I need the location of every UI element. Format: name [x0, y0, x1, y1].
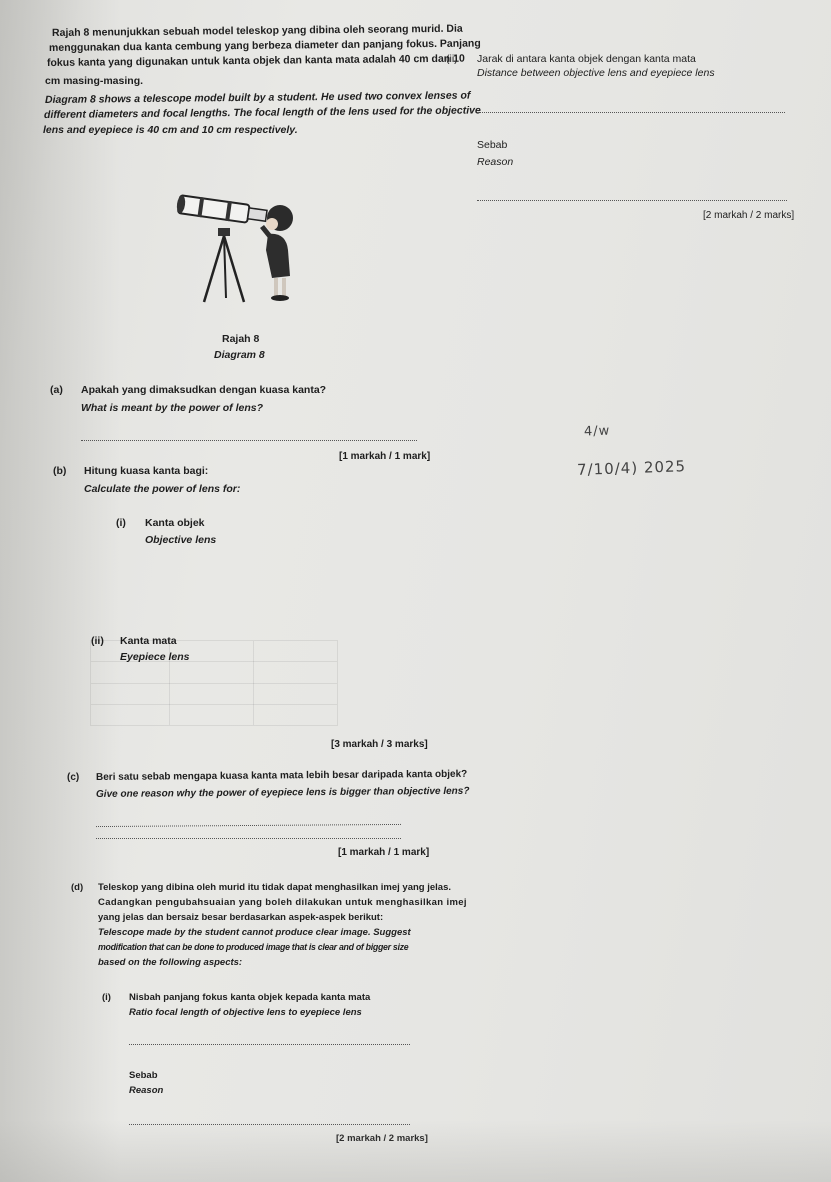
question-d-i-english: Ratio focal length of objective lens to …: [129, 1005, 362, 1020]
question-b-i-label: (i): [116, 516, 126, 531]
diagram-caption-english: Diagram 8: [214, 348, 265, 363]
question-a-marks: [1 markah / 1 mark]: [339, 451, 430, 462]
question-c-marks: [1 markah / 1 mark]: [338, 847, 429, 858]
question-d-english-line: Telescope made by the student cannot pro…: [98, 925, 467, 940]
question-b-malay: Hitung kuasa kanta bagi:: [84, 464, 208, 479]
intro-english-line: lens and eyepiece is 40 cm and 10 cm res…: [43, 123, 481, 138]
question-d-malay-line: Teleskop yang dibina oleh murid itu tida…: [98, 880, 467, 895]
question-d-malay-line: yang jelas dan bersaiz besar berdasarkan…: [98, 910, 467, 925]
telescope-student-icon: [168, 190, 298, 310]
question-d-i-marks: [2 markah / 2 marks]: [336, 1133, 428, 1144]
answer-line-c-1[interactable]: [96, 824, 401, 827]
intro-malay-line: cm masing-masing.: [45, 74, 481, 89]
intro-malay-line: fokus kanta yang digunakan untuk kanta o…: [47, 51, 481, 71]
reason-line-d-ii[interactable]: [477, 200, 787, 201]
question-b-english: Calculate the power of lens for:: [84, 482, 240, 497]
answer-line-c-2[interactable]: [96, 838, 401, 839]
question-d-ii-label: (ii): [446, 52, 458, 67]
answer-space-b-i[interactable]: [145, 552, 425, 622]
answer-line-d-i[interactable]: [129, 1044, 410, 1045]
diagram-caption-malay: Rajah 8: [222, 332, 259, 347]
answer-line-d-ii[interactable]: [477, 112, 785, 113]
question-d-ii-reason-malay: Sebab: [477, 138, 507, 153]
question-d-label: (d): [71, 880, 83, 895]
question-c-english: Give one reason why the power of eyepiec…: [96, 784, 470, 802]
question-c-malay: Beri satu sebab mengapa kuasa kanta mata…: [96, 767, 467, 785]
question-b-i-malay: Kanta objek: [145, 516, 205, 531]
reason-line-d-i[interactable]: [129, 1124, 410, 1125]
question-a-english: What is meant by the power of lens?: [81, 401, 263, 416]
telescope-illustration: [168, 190, 298, 310]
answer-line-a[interactable]: [81, 440, 417, 441]
question-a-malay: Apakah yang dimaksudkan dengan kuasa kan…: [81, 383, 326, 398]
intro-paragraph: Rajah 8 menunjukkan sebuah model telesko…: [52, 26, 481, 138]
question-d-english-line: modification that can be done to produce…: [98, 940, 467, 955]
question-d-ii-reason-english: Reason: [477, 155, 513, 170]
question-d-i-malay: Nisbah panjang fokus kanta objek kepada …: [129, 990, 370, 1005]
question-d-ii-marks: [2 markah / 2 marks]: [703, 210, 794, 221]
question-b-i-english: Objective lens: [145, 533, 216, 548]
question-c-label: (c): [67, 770, 79, 785]
question-d-i-reason-english: Reason: [129, 1083, 163, 1098]
question-d-malay-line: Cadangkan pengubahsuaian yang boleh dila…: [98, 895, 467, 910]
question-d-ii-english: Distance between objective lens and eyep…: [477, 66, 715, 81]
question-b-marks: [3 markah / 3 marks]: [331, 739, 428, 750]
question-a-label: (a): [50, 383, 63, 398]
intro-english-line: different diameters and focal lengths. T…: [44, 103, 481, 123]
question-b-label: (b): [53, 464, 66, 479]
question-d-english-line: based on the following aspects:: [98, 955, 467, 970]
question-d-text: Teleskop yang dibina oleh murid itu tida…: [98, 880, 467, 970]
handwritten-note-2: 7/10/4) 2025: [577, 457, 687, 479]
question-d-i-label: (i): [102, 990, 111, 1005]
question-d-i-reason-malay: Sebab: [129, 1068, 158, 1083]
question-d-ii-malay: Jarak di antara kanta objek dengan kanta…: [477, 52, 696, 67]
handwritten-note-1: 4/w: [584, 424, 611, 440]
answer-space-b-ii[interactable]: [120, 668, 420, 728]
page-shadow-bottom: [0, 1120, 831, 1182]
